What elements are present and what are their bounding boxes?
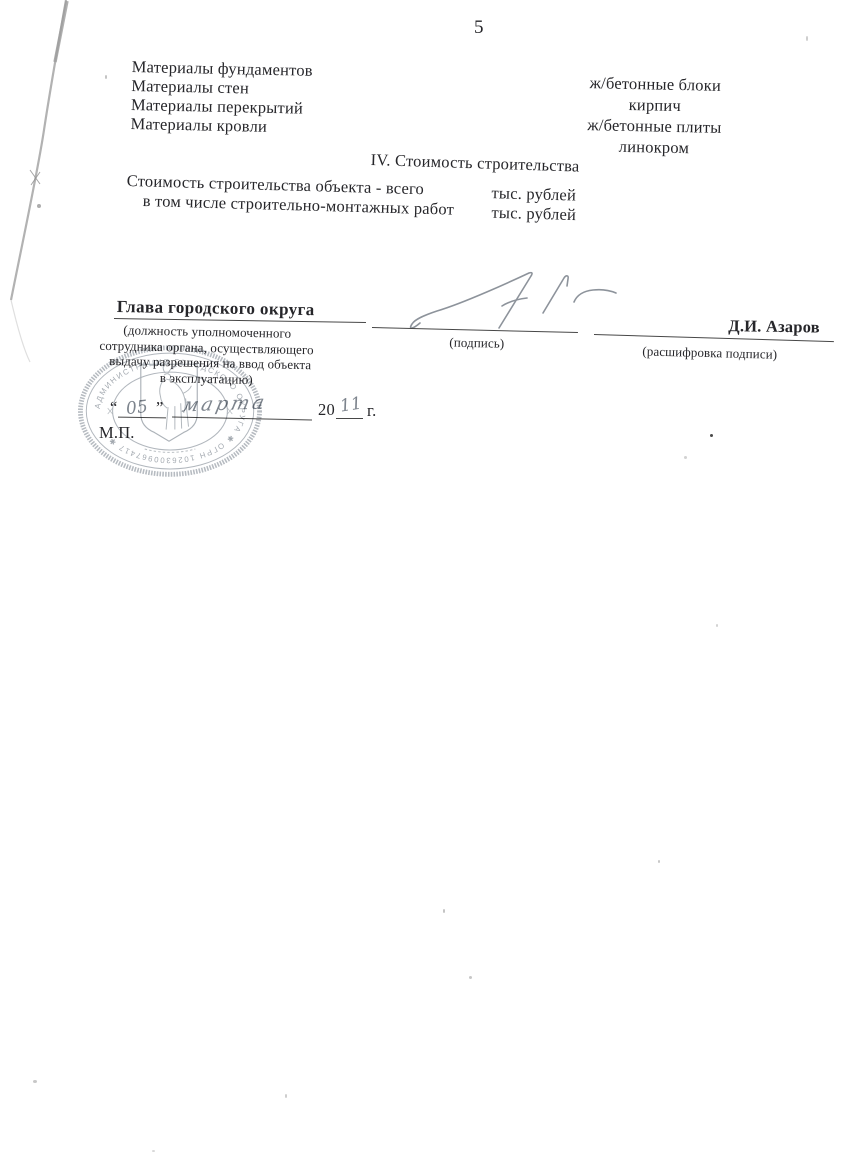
scan-speck [33,1080,37,1083]
sign-caption: (подпись) [422,334,532,352]
section-title: IV. Стоимость строительства [370,150,579,177]
materials-values: ж/бетонные блоки кирпич ж/бетонные плиты… [581,72,728,159]
date-year-underline [336,418,363,419]
cost-row-unit: тыс. рублей [491,203,576,225]
date-year-handwritten: 11 [339,393,364,416]
signer-name: Д.И. Азаров [660,315,820,338]
scan-speck [469,976,472,979]
materials-labels: Материалы фундаментов Материалы стен Мат… [130,57,313,137]
official-seal-stamp: АДМИНИСТРАЦИЯ ГОРОДСКОГО ОКРУГА ✱ ОГРН 1… [72,340,268,486]
scan-speck [716,624,718,627]
seal-ring-text: АДМИНИСТРАЦИЯ ГОРОДСКОГО ОКРУГА ✱ ОГРН 1… [93,357,247,465]
name-caption: (расшифровка подписи) [625,343,795,363]
signature-scribble [372,256,622,338]
material-value: кирпич [582,93,727,117]
scan-speck [658,860,660,863]
material-value: линокром [581,135,726,159]
svg-text:АДМИНИСТРАЦИЯ ГОРОДСКОГО ОКРУГ: АДМИНИСТРАЦИЯ ГОРОДСКОГО ОКРУГА ✱ ОГРН 1… [93,357,247,465]
material-value: ж/бетонные плиты [582,114,727,138]
position-title: Глава городского округа [117,297,315,320]
material-value: ж/бетонные блоки [583,72,728,96]
scan-speck [152,1150,155,1152]
scan-speck [285,1094,287,1098]
scan-speck [806,36,808,41]
scan-speck [443,909,445,913]
material-label: Материалы кровли [130,114,311,137]
scan-speck [105,75,107,79]
scanned-document-page: 5 Материалы фундаментов Материалы стен М… [0,0,850,1169]
scan-speck [710,434,713,437]
scan-speck [684,456,687,459]
date-century: 20 [318,400,335,420]
page-number: 5 [474,17,484,39]
date-suffix: г. [367,401,376,421]
